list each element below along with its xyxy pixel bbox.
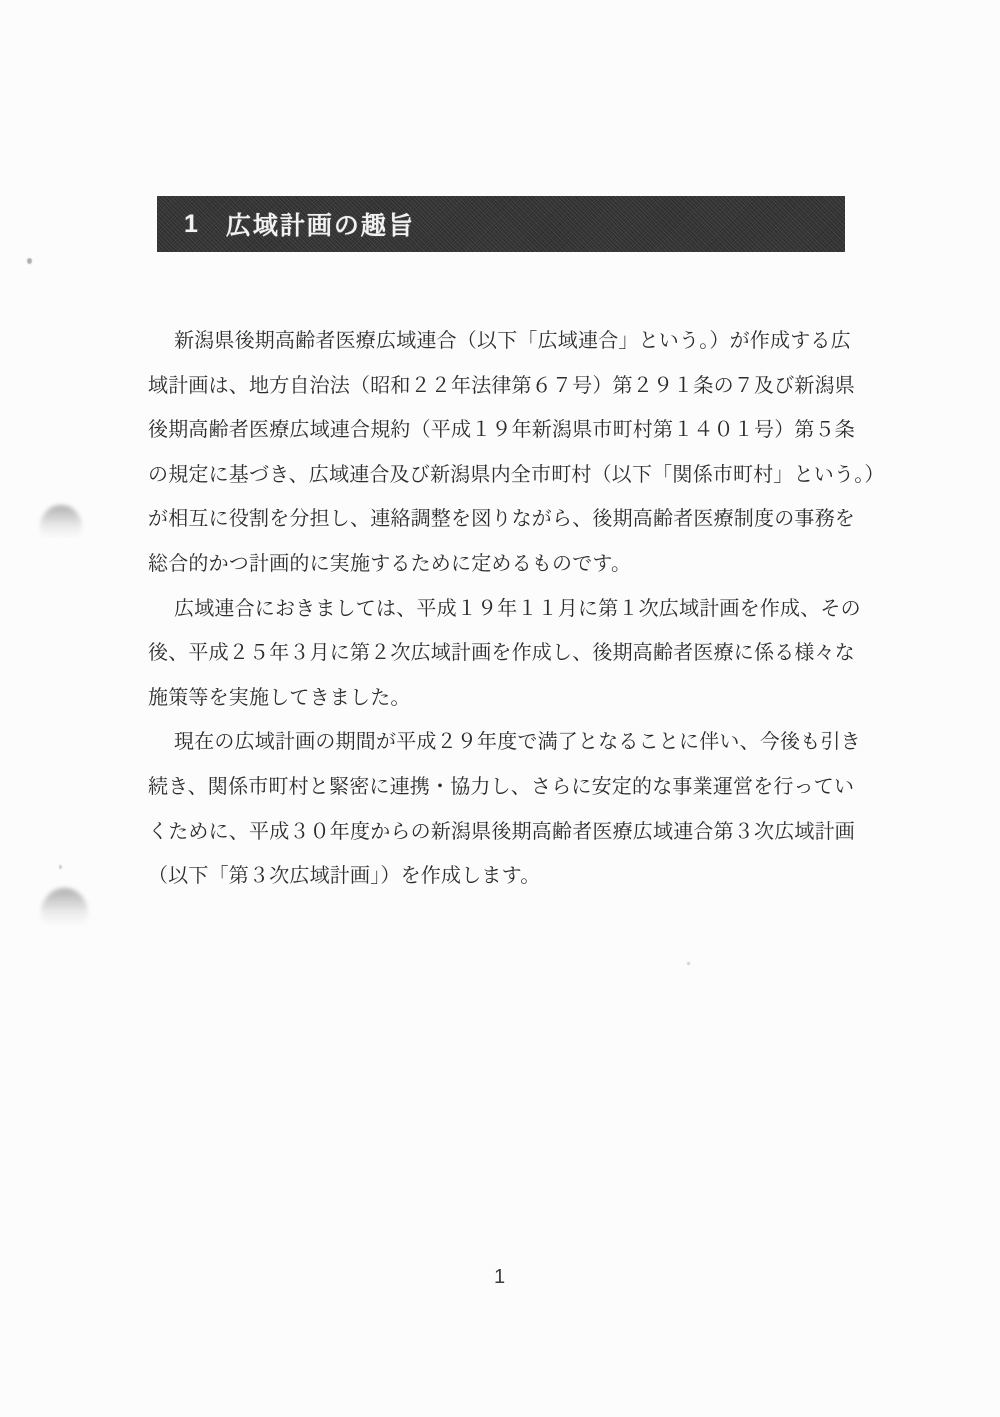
section-header: 1 広域計画の趣旨 [157,196,845,252]
section-title: 広域計画の趣旨 [226,206,415,242]
text-line: 後、平成２５年３月に第２次広域計画を作成し、後期高齢者医療に係る様々な [148,631,864,676]
section-number: 1 [184,210,200,239]
text-line: 続き、関係市町村と緊密に連携・協力し、さらに安定的な事業運営を行ってい [148,765,864,810]
text-line: 現在の広域計画の期間が平成２９年度で満了となることに伴い、今後も引き [148,720,864,765]
document-page: 1 広域計画の趣旨 新潟県後期高齢者医療広域連合（以下「広域連合」という。）が作… [0,0,1000,1417]
punch-hole-mark [41,888,88,938]
text-line: が相互に役割を分担し、連絡調整を図りながら、後期高齢者医療制度の事務を [148,497,864,542]
punch-hole-mark [40,505,82,549]
text-line: 施策等を実施してきました。 [148,676,864,721]
scan-speck [27,258,32,264]
page-number: 1 [0,1266,1000,1289]
text-line: 域計画は、地方自治法（昭和２２年法律第６７号）第２９１条の７及び新潟県 [148,364,864,409]
scan-speck [59,865,62,869]
text-line: 新潟県後期高齢者医療広域連合（以下「広域連合」という。）が作成する広 [148,319,864,364]
text-line: 広域連合におきましては、平成１９年１１月に第１次広域計画を作成、その [148,587,864,632]
text-line: （以下「第３次広域計画」）を作成します。 [148,854,864,899]
scan-speck [687,962,690,965]
text-line: 後期高齢者医療広域連合規約（平成１９年新潟県市町村第１４０１号）第５条 [148,408,864,453]
text-line: くために、平成３０年度からの新潟県後期高齢者医療広域連合第３次広域計画 [148,810,864,855]
body-text: 新潟県後期高齢者医療広域連合（以下「広域連合」という。）が作成する広 域計画は、… [148,319,864,899]
text-line: 総合的かつ計画的に実施するために定めるものです。 [148,542,864,587]
text-line: の規定に基づき、広域連合及び新潟県内全市町村（以下「関係市町村」という。） [148,453,864,498]
